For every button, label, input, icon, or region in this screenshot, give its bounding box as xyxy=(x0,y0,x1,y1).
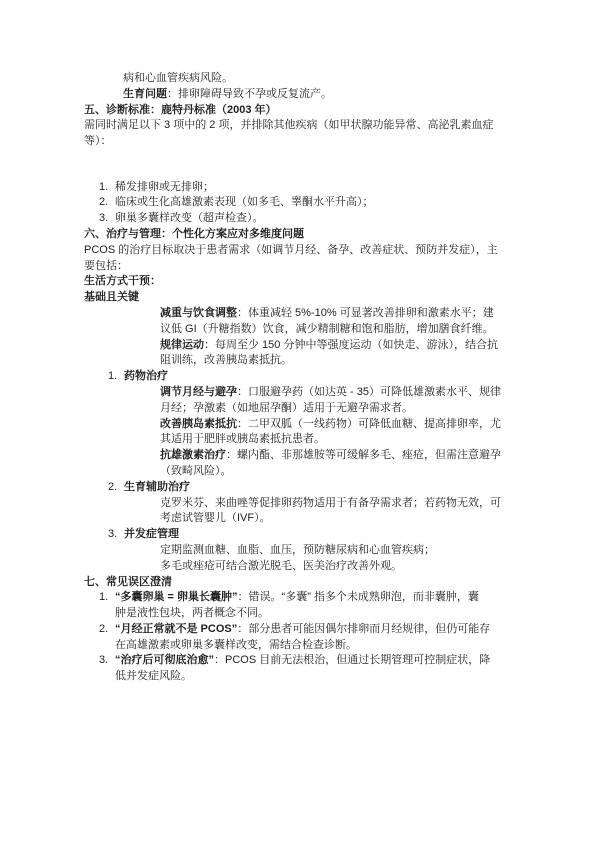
regular-text: ：排卵障碍导致不孕或反复流产。 xyxy=(167,88,332,100)
text-line: 五、诊断标准：鹿特丹标准（2003 年） xyxy=(84,103,514,119)
regular-text: 病和心血管疾病风险。 xyxy=(123,72,233,84)
text-line: 在高雄激素或卵巢多囊样改变，需结合检查诊断。 xyxy=(115,638,514,654)
text-line: 基础且关键 xyxy=(84,290,514,306)
list-item-line: 1.“多囊卵巢 = 卵巢长囊肿”：错误。“多囊” 指多个未成熟卵泡，而非囊肿，囊 xyxy=(99,590,514,606)
bold-text: 药物治疗 xyxy=(124,370,168,382)
text-line: 六、治疗与管理：个性化方案应对多维度问题 xyxy=(84,227,514,243)
regular-text: 多毛或痤疮可结合激光脱毛、医美治疗改善外观。 xyxy=(160,560,402,572)
regular-text: 稀发排卵或无排卵； xyxy=(115,181,214,193)
text-line: 病和心血管疾病风险。 xyxy=(123,71,514,87)
bold-text: 生育辅助治疗 xyxy=(124,481,190,493)
bold-text: “月经正常就不是 PCOS” xyxy=(115,623,237,635)
regular-text: 低并发症风险。 xyxy=(115,670,192,682)
bold-text: “治疗后可彻底治愈” xyxy=(115,654,214,666)
bold-text: 七、常见误区澄清 xyxy=(84,576,172,588)
text-line: 减重与饮食调整：体重减轻 5%-10% 可显著改善排卵和激素水平；建 xyxy=(160,306,514,322)
list-number: 1. xyxy=(108,369,124,385)
list-item-line: 3.卵巢多囊样改变（超声检查）。 xyxy=(99,211,514,227)
list-item-line: 2.生育辅助治疗 xyxy=(108,480,514,496)
bold-text: 调节月经与避孕 xyxy=(160,386,237,398)
list-item-line: 1.稀发排卵或无排卵； xyxy=(99,180,514,196)
regular-text: ：PCOS 目前无法根治，但通过长期管理可控制症状，降 xyxy=(214,654,490,666)
regular-text: PCOS 的治疗目标取决于患者需求（如调节月经、备孕、改善症状、预防并发症），主 xyxy=(84,244,498,256)
regular-text: 在高雄激素或卵巢多囊样改变，需结合检查诊断。 xyxy=(115,639,357,651)
text-line: 抗雄激素治疗：螺内酯、非那雄胺等可缓解多毛、痤疮，但需注意避孕 xyxy=(160,448,514,464)
text-line: 调节月经与避孕：口服避孕药（如达英 - 35）可降低雄激素水平、规律 xyxy=(160,385,514,401)
text-line: 阻训练，改善胰岛素抵抗。 xyxy=(160,353,514,369)
regular-text: 定期监测血糖、血脂、血压，预防糖尿病和心血管疾病； xyxy=(160,544,435,556)
document-content: 病和心血管疾病风险。生育问题：排卵障碍导致不孕或反复流产。五、诊断标准：鹿特丹标… xyxy=(0,0,595,685)
list-number: 1. xyxy=(99,590,115,606)
regular-text: 要包括： xyxy=(84,260,128,272)
regular-text: ：口服避孕药（如达英 - 35）可降低雄激素水平、规律 xyxy=(237,386,501,398)
text-line: 定期监测血糖、血脂、血压，预防糖尿病和心血管疾病； xyxy=(160,543,514,559)
list-item-line: 1.药物治疗 xyxy=(108,369,514,385)
regular-text: 需同时满足以下 3 项中的 2 项，并排除其他疾病（如甲状腺功能异常、高泌乳素血… xyxy=(84,119,493,131)
regular-text: 议低 GI（升糖指数）饮食，减少精制糖和饱和脂肪，增加膳食纤维。 xyxy=(160,323,494,335)
regular-text: ：每周至少 150 分钟中等强度运动（如快走、游泳），结合抗 xyxy=(204,339,498,351)
list-item-line: 2.“月经正常就不是 PCOS”：部分患者可能因偶尔排卵而月经规律，但仍可能存 xyxy=(99,622,514,638)
regular-text: ：二甲双胍（一线药物）可降低血糖、提高排卵率，尤 xyxy=(237,418,501,430)
bold-text: 五、诊断标准：鹿特丹标准（2003 年） xyxy=(84,104,277,116)
text-line: 改善胰岛素抵抗：二甲双胍（一线药物）可降低血糖、提高排卵率，尤 xyxy=(160,417,514,433)
text-line: 要包括： xyxy=(84,259,514,275)
text-line: 低并发症风险。 xyxy=(115,669,514,685)
list-item-line: 2.临床或生化高雄激素表现（如多毛、睾酮水平升高）； xyxy=(99,195,514,211)
regular-text: 其适用于肥胖或胰岛素抵抗患者。 xyxy=(160,433,325,445)
bold-text: 生育问题 xyxy=(123,88,167,100)
list-number: 3. xyxy=(99,653,115,669)
regular-text: 临床或生化高雄激素表现（如多毛、睾酮水平升高）； xyxy=(115,196,374,208)
bold-text: 减重与饮食调整 xyxy=(160,307,237,319)
regular-text: 等）： xyxy=(84,135,112,147)
regular-text: 肿是液性包块，两者概念不同。 xyxy=(115,607,269,619)
bold-text: 基础且关键 xyxy=(84,291,139,303)
list-number: 3. xyxy=(108,527,124,543)
text-line: （致畸风险）。 xyxy=(160,464,514,480)
regular-text: ：部分患者可能因偶尔排卵而月经规律，但仍可能存 xyxy=(237,623,490,635)
text-line: 规律运动：每周至少 150 分钟中等强度运动（如快走、游泳），结合抗 xyxy=(160,338,514,354)
list-number: 2. xyxy=(99,195,115,211)
text-line: 多毛或痤疮可结合激光脱毛、医美治疗改善外观。 xyxy=(160,559,514,575)
text-line: 生活方式干预： xyxy=(84,274,514,290)
list-item-line: 3.“治疗后可彻底治愈”：PCOS 目前无法根治，但通过长期管理可控制症状，降 xyxy=(99,653,514,669)
bold-text: 规律运动 xyxy=(160,339,204,351)
bold-text: 抗雄激素治疗 xyxy=(160,449,226,461)
list-number: 1. xyxy=(99,180,115,196)
list-number: 2. xyxy=(99,622,115,638)
regular-text: 月经；孕激素（如地屈孕酮）适用于无避孕需求者。 xyxy=(160,402,413,414)
list-item-line: 3.并发症管理 xyxy=(108,527,514,543)
text-line: 克罗米芬、来曲唑等促排卵药物适用于有备孕需求者；若药物无效，可 xyxy=(160,496,514,512)
text-line: 七、常见误区澄清 xyxy=(84,575,514,591)
bold-text: 并发症管理 xyxy=(124,528,179,540)
bold-text: “多囊卵巢 = 卵巢长囊肿” xyxy=(115,591,238,603)
regular-text: 卵巢多囊样改变（超声检查）。 xyxy=(115,212,264,224)
bold-text: 改善胰岛素抵抗 xyxy=(160,418,237,430)
text-line: 月经；孕激素（如地屈孕酮）适用于无避孕需求者。 xyxy=(160,401,514,417)
text-line: 生育问题：排卵障碍导致不孕或反复流产。 xyxy=(123,87,514,103)
text-line: 议低 GI（升糖指数）饮食，减少精制糖和饱和脂肪，增加膳食纤维。 xyxy=(160,322,514,338)
text-line: 需同时满足以下 3 项中的 2 项，并排除其他疾病（如甲状腺功能异常、高泌乳素血… xyxy=(84,118,514,134)
document-page: 病和心血管疾病风险。生育问题：排卵障碍导致不孕或反复流产。五、诊断标准：鹿特丹标… xyxy=(0,0,595,841)
regular-text: ：螺内酯、非那雄胺等可缓解多毛、痤疮，但需注意避孕 xyxy=(226,449,501,461)
text-line: PCOS 的治疗目标取决于患者需求（如调节月经、备孕、改善症状、预防并发症），主 xyxy=(84,243,514,259)
bold-text: 生活方式干预： xyxy=(84,275,161,287)
regular-text: 阻训练，改善胰岛素抵抗。 xyxy=(160,354,292,366)
paragraph-gap xyxy=(84,150,514,180)
text-line: 肿是液性包块，两者概念不同。 xyxy=(115,606,514,622)
text-line: 考虑试管婴儿（IVF）。 xyxy=(160,511,514,527)
regular-text: （致畸风险）。 xyxy=(160,465,232,477)
bold-text: 六、治疗与管理：个性化方案应对多维度问题 xyxy=(84,228,304,240)
text-line: 等）： xyxy=(84,134,514,150)
list-number: 2. xyxy=(108,480,124,496)
regular-text: 考虑试管婴儿（IVF）。 xyxy=(160,512,271,524)
regular-text: 克罗米芬、来曲唑等促排卵药物适用于有备孕需求者；若药物无效，可 xyxy=(160,497,501,509)
regular-text: ：错误。“多囊” 指多个未成熟卵泡，而非囊肿，囊 xyxy=(238,591,479,603)
text-line: 其适用于肥胖或胰岛素抵抗患者。 xyxy=(160,432,514,448)
list-number: 3. xyxy=(99,211,115,227)
regular-text: ：体重减轻 5%-10% 可显著改善排卵和激素水平；建 xyxy=(237,307,494,319)
